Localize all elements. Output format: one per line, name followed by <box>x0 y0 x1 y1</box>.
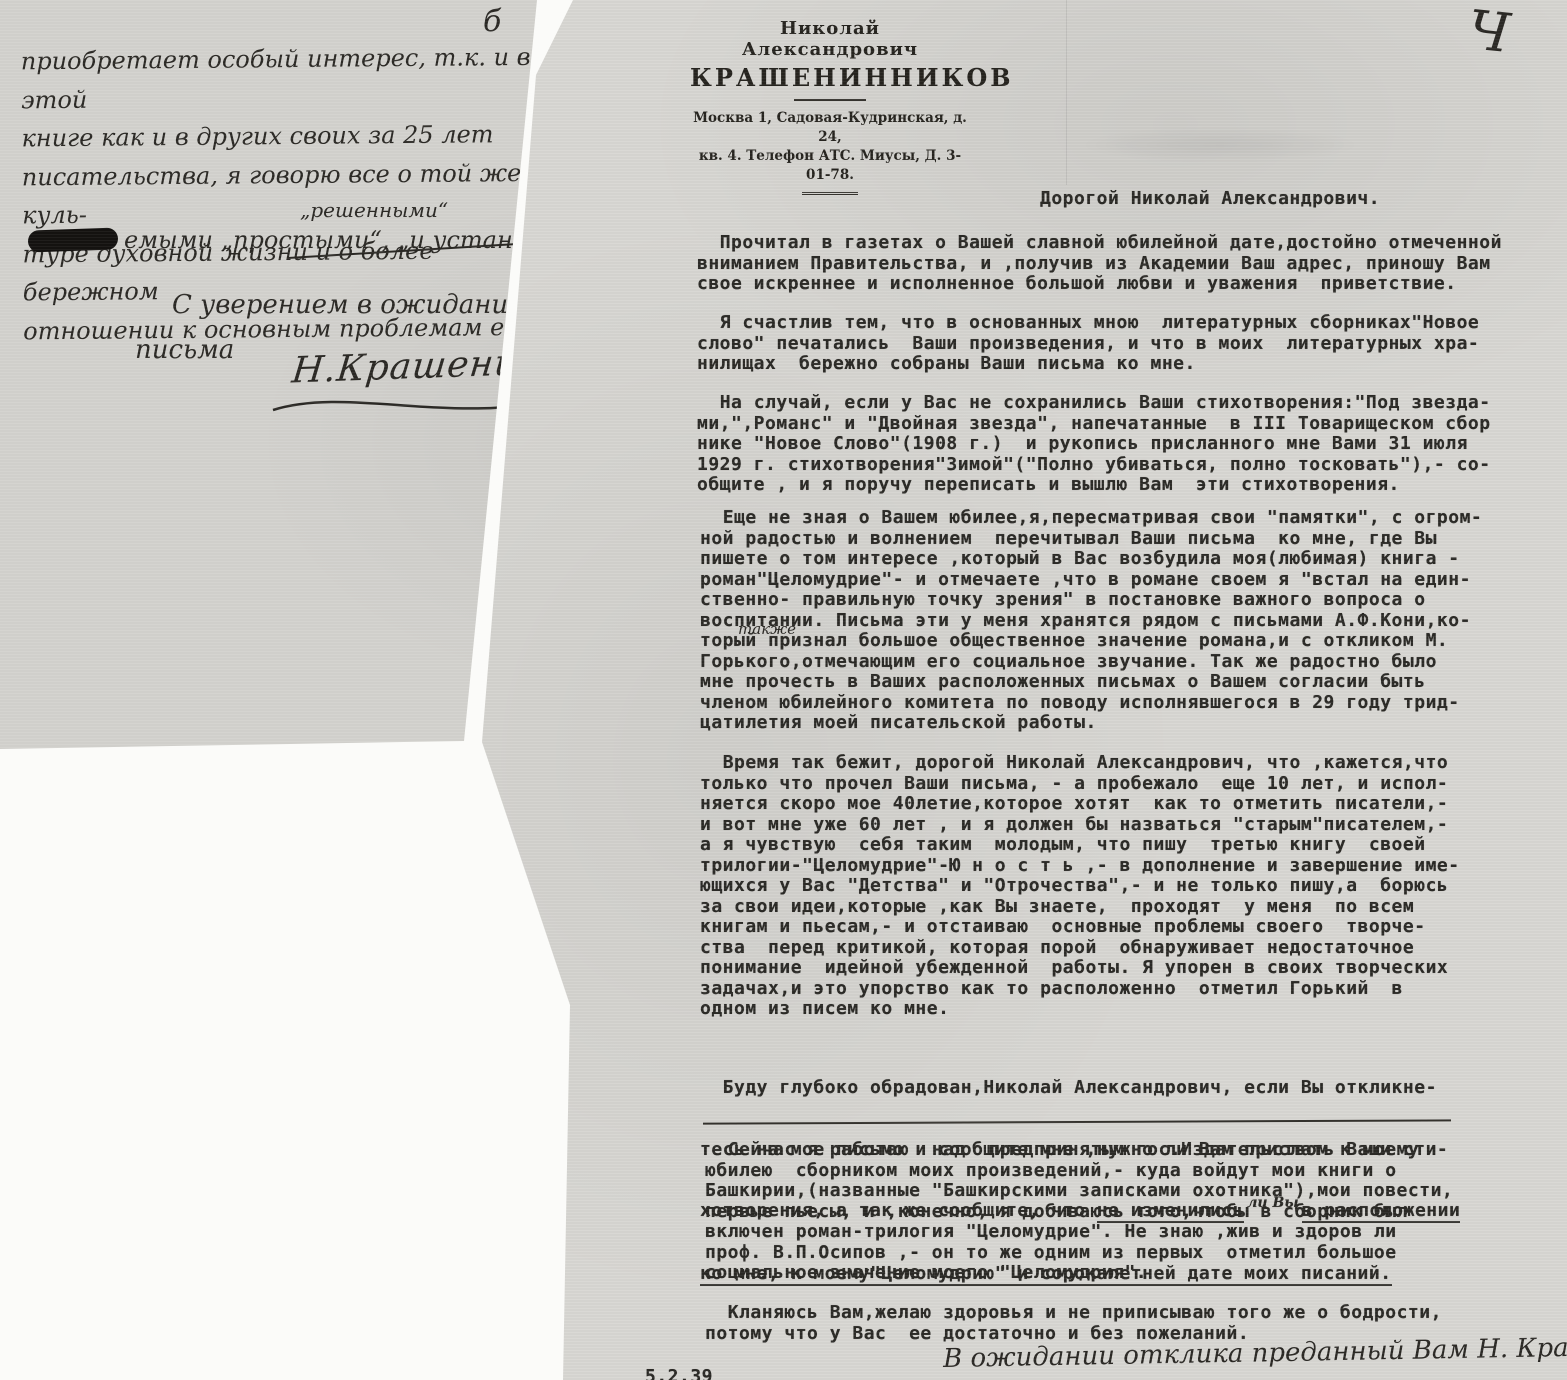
left-closing-line1: С уверением в ожидании <box>172 290 525 320</box>
letterhead-surname: КРАШЕНИННИКОВ <box>690 63 970 92</box>
handwritten-insertion-reshennymi: „решенными“ <box>300 198 448 222</box>
paragraph-2: Я счастлив тем, что в основанных мною ли… <box>697 313 1567 375</box>
paragraph-1: Прочитал в газетах о Вашей славной юбиле… <box>697 233 1567 295</box>
date-partial: 5.2.39 <box>645 1367 1545 1380</box>
letterhead-address-line2: кв. 4. Телефон АТС. Миусы, Д. 3-01-78. <box>690 147 970 185</box>
paragraph-6-line1: Буду глубоко обрадован,Николай Александр… <box>700 1078 1567 1099</box>
scanned-letter: б приобретает особый интерес, т.к. и в э… <box>0 0 1567 1380</box>
line6-word1: емыми <box>124 226 213 254</box>
paragraph-7: Сейчас я работаю над предпринятым гос.Из… <box>705 1140 1567 1284</box>
ink-blot <box>28 227 119 252</box>
salutation: Дорогой Николай Александрович. <box>1040 189 1567 210</box>
fold-crease <box>1066 0 1067 185</box>
scan-smudge <box>1080 128 1360 162</box>
right-page-number: Ч <box>1465 0 1513 65</box>
letterhead: Николай Александрович КРАШЕНИННИКОВ Моск… <box>690 18 970 195</box>
left-page-number: б <box>483 4 501 39</box>
line6-word2: „простыми“, <box>221 226 390 254</box>
letterhead-rule-bottom <box>802 192 858 195</box>
left-closing-line2: письма <box>135 335 234 365</box>
paragraph-4: Еще не зная о Вашем юбилее,я,пересматрив… <box>700 508 1567 734</box>
letterhead-address-line1: Москва 1, Садовая-Кудринская, д. 24, <box>690 109 970 147</box>
handwritten-insertion-takzhe: также <box>738 620 796 638</box>
paragraph-3: На случай, если у Вас не сохранились Ваш… <box>697 393 1567 496</box>
letterhead-name: Николай Александрович <box>690 18 970 60</box>
letterhead-rule <box>794 99 866 101</box>
paragraph-5: Время так бежит, дорогой Николай Алексан… <box>700 753 1567 1020</box>
